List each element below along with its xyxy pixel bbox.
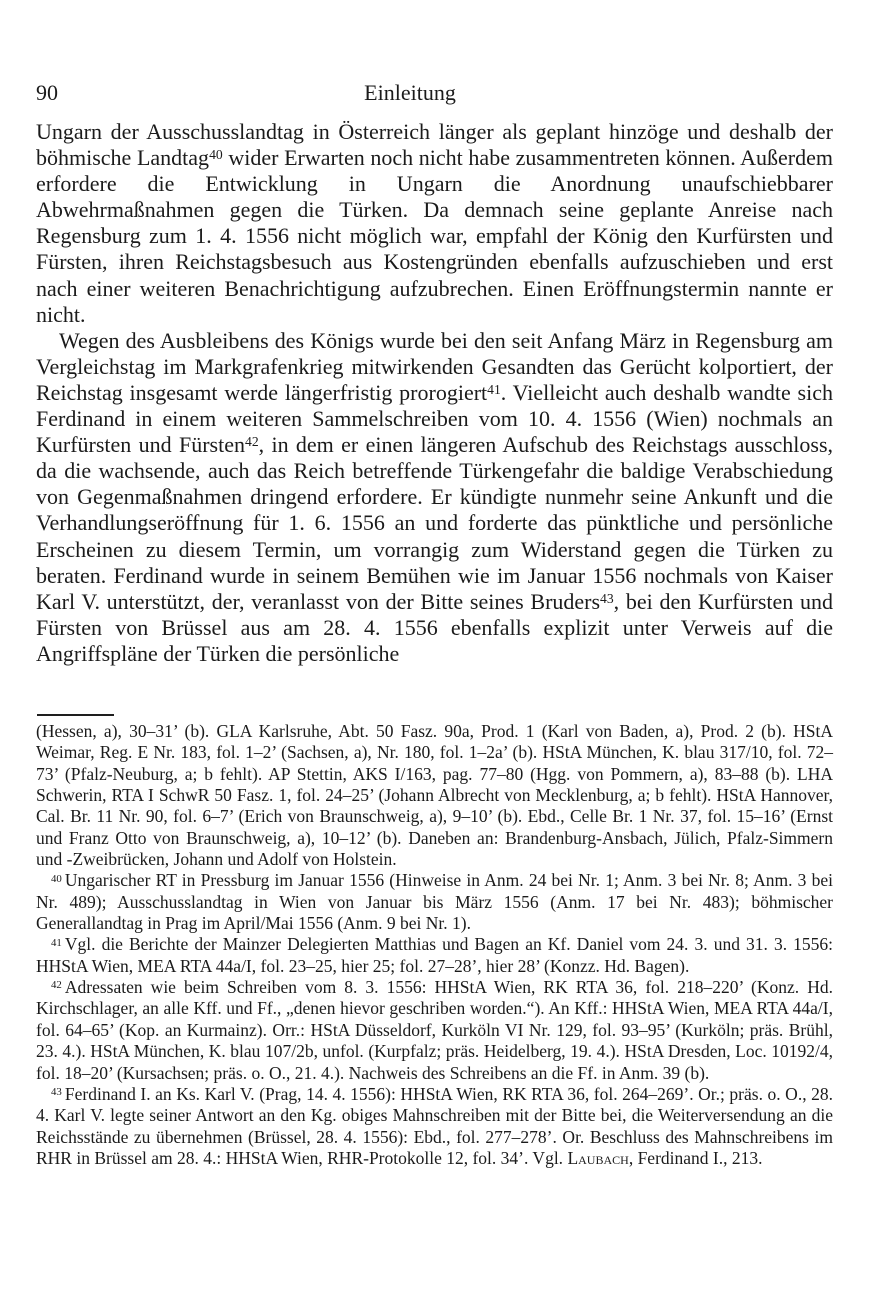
footnote-42: 42Adressaten wie beim Schreiben vom 8. 3… [36,977,833,1084]
footnote-ref-43: 43 [600,591,614,606]
body-text: Ungarn der Ausschusslandtag in Österreic… [36,119,833,667]
footnote-separator [37,714,114,716]
footnote-number-41: 41 [51,937,62,949]
footnote-43: 43Ferdinand I. an Ks. Karl V. (Prag, 14.… [36,1084,833,1169]
footnotes-section: (Hessen, a), 30–31’ (b). GLA Karlsruhe, … [36,721,833,1169]
book-page: 90 Einleitung Ungarn der Ausschusslandta… [0,0,891,1300]
running-title: Einleitung [36,80,833,106]
running-head: 90 Einleitung [36,80,833,106]
footnote-number-43: 43 [51,1086,62,1098]
footnote-number-42: 42 [51,979,62,991]
footnote-ref-42: 42 [245,434,259,449]
footnote-ref-40: 40 [209,147,223,162]
footnote-41: 41Vgl. die Berichte der Mainzer Delegier… [36,934,833,977]
page-number: 90 [36,80,58,106]
author-name-smallcaps: Laubach [567,1148,628,1168]
paragraph: Ungarn der Ausschusslandtag in Österreic… [36,119,833,328]
paragraph: Wegen des Ausbleibens des Königs wurde b… [36,328,833,667]
footnote-continuation: (Hessen, a), 30–31’ (b). GLA Karlsruhe, … [36,721,833,870]
footnote-40: 40Ungarischer RT in Pressburg im Januar … [36,870,833,934]
footnote-ref-41: 41 [487,382,501,397]
footnote-number-40: 40 [51,873,62,885]
